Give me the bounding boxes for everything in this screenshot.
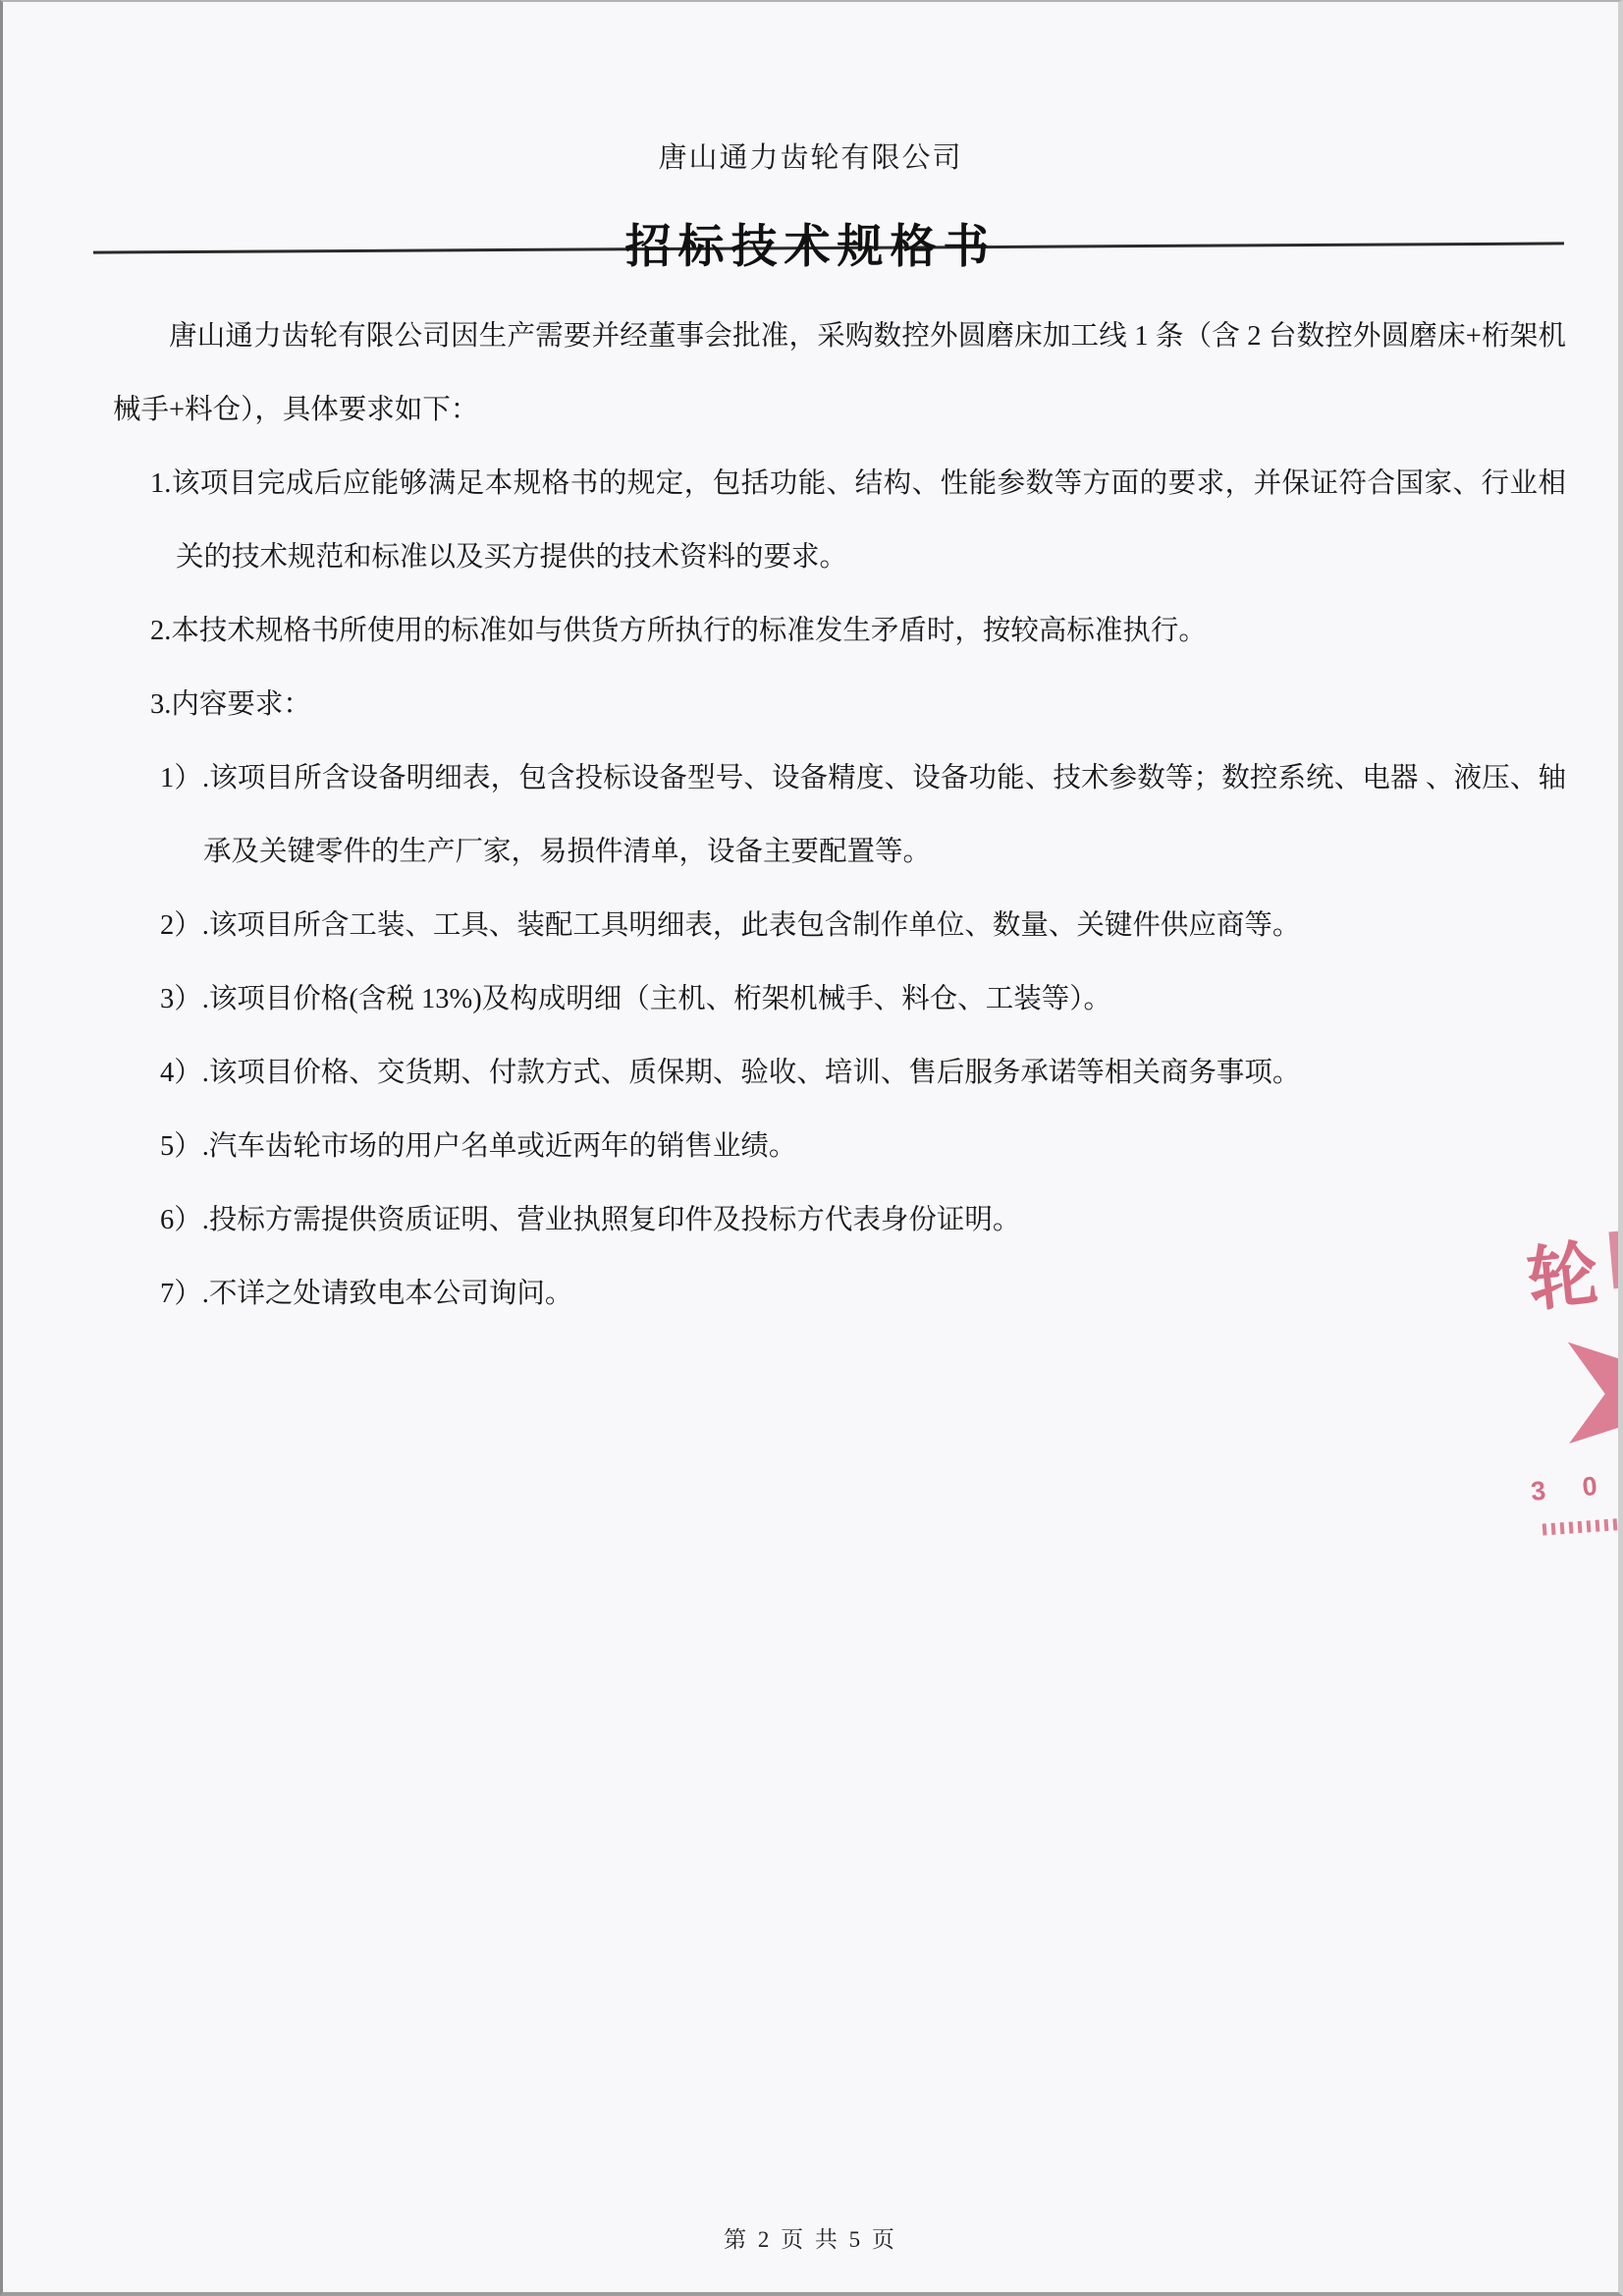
content-sub-item-2: 2）.该项目所含工装、工具、装配工具明细表，此表包含制作单位、数量、关键件供应商…: [113, 889, 1566, 962]
content-sub-item-7: 7）.不详之处请致电本公司询问。: [113, 1257, 1566, 1331]
content-sub-item-3: 3）.该项目价格(含税 13%)及构成明细（主机、桁架机械手、料仓、工装等）。: [113, 962, 1566, 1036]
stamp-serration-marks: [1542, 1516, 1623, 1535]
content-sub-item-5: 5）.汽车齿轮市场的用户名单或近两年的销售业绩。: [113, 1110, 1566, 1183]
requirement-item-1: 1.该项目完成后应能够满足本规格书的规定，包括功能、结构、性能参数等方面的要求，…: [113, 447, 1566, 594]
page-title: 招标技术规格书: [3, 210, 1618, 276]
document-body: 唐山通力齿轮有限公司因生产需要并经董事会批准，采购数控外圆磨床加工线 1 条（含…: [113, 300, 1566, 1331]
intro-paragraph: 唐山通力齿轮有限公司因生产需要并经董事会批准，采购数控外圆磨床加工线 1 条（含…: [113, 300, 1566, 447]
content-sub-item-4: 4）.该项目价格、交货期、付款方式、质保期、验收、培训、售后服务承诺等相关商务事…: [113, 1036, 1566, 1110]
stamp-gear-character: 轮: [1522, 1217, 1602, 1326]
page-number-footer: 第 2 页 共 5 页: [3, 2221, 1618, 2254]
content-sub-item-1: 1）.该项目所含设备明细表，包含投标设备型号、设备精度、设备功能、技术参数等；数…: [113, 741, 1566, 889]
stamp-partial-stroke: [1608, 1231, 1623, 1289]
stamp-digits: 3 0 1: [1530, 1465, 1623, 1507]
document-page: 唐山通力齿轮有限公司 招标技术规格书 唐山通力齿轮有限公司因生产需要并经董事会批…: [0, 0, 1623, 2296]
requirement-item-2: 2.本技术规格书所使用的标准如与供货方所执行的标准发生矛盾时，按较高标准执行。: [113, 594, 1566, 668]
requirement-item-3: 3.内容要求：: [113, 668, 1566, 741]
content-sub-item-6: 6）.投标方需提供资质证明、营业执照复印件及投标方代表身份证明。: [113, 1183, 1566, 1257]
header-company-name: 唐山通力齿轮有限公司: [3, 136, 1618, 176]
